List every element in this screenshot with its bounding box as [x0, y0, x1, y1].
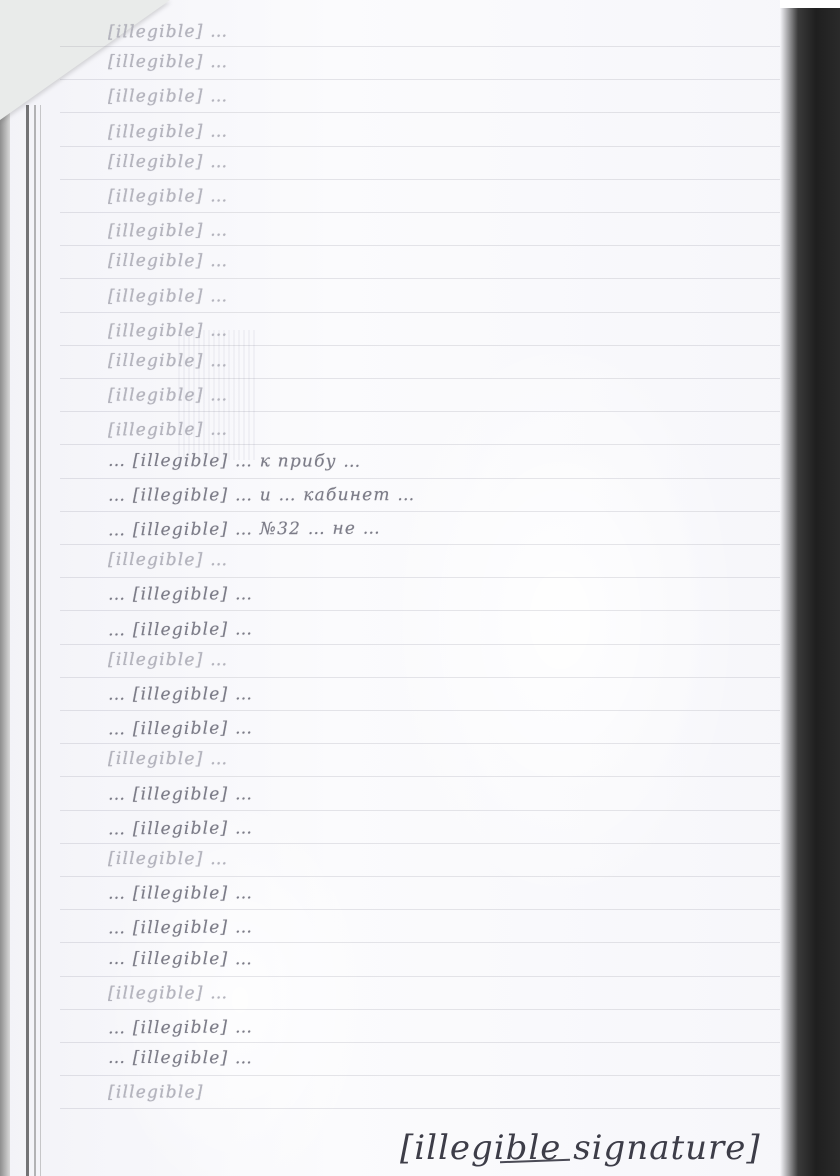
ruled-line [60, 478, 780, 479]
handwritten-line: [illegible] … [108, 416, 780, 441]
handwritten-line: [illegible] … [108, 351, 780, 373]
handwritten-line: [illegible] … [108, 316, 780, 341]
handwritten-line: … [illegible] … [108, 615, 780, 640]
ruled-line [60, 312, 780, 313]
ruled-line [60, 278, 780, 279]
ruled-line [60, 942, 780, 943]
ruled-line [60, 843, 780, 844]
scan-shadow-right-edge [780, 8, 840, 1176]
ruled-line [60, 79, 780, 80]
ruled-line [60, 876, 780, 877]
ruled-line [60, 544, 780, 545]
handwritten-line: … [illegible] … [108, 948, 780, 970]
ruled-line [60, 776, 780, 777]
handwritten-line: [illegible] … [108, 217, 780, 242]
handwritten-line: [illegible] … [108, 385, 780, 406]
handwritten-line: … [illegible] … [108, 1014, 780, 1039]
handwritten-line: … [illegible] … №32 … не … [108, 516, 780, 541]
handwritten-line: [illegible] … [108, 285, 780, 306]
handwritten-line: … [illegible] … [108, 584, 780, 605]
ruled-line [60, 1108, 780, 1109]
handwritten-line: [illegible] … [108, 152, 780, 174]
ruled-line [60, 345, 780, 346]
ruled-line [60, 976, 780, 977]
handwritten-line: … [illegible] … и … кабинет … [108, 484, 780, 505]
handwritten-line: … [illegible] … [108, 883, 780, 904]
ruled-line [60, 909, 780, 910]
handwritten-line: … [illegible] … [108, 1048, 780, 1070]
handwritten-line: [illegible] … [108, 52, 780, 74]
ruled-line [60, 610, 780, 611]
handwritten-line: [illegible] … [108, 849, 780, 871]
handwritten-line: [illegible] … [108, 185, 780, 206]
handwritten-line: [illegible] … [108, 982, 780, 1003]
handwritten-line: [illegible] … [108, 650, 780, 672]
ruled-line [60, 743, 780, 744]
handwritten-line: … [illegible] … [108, 783, 780, 804]
handwritten-line: [illegible] … [108, 251, 780, 273]
ruled-line [60, 112, 780, 113]
ruled-line [60, 577, 780, 578]
handwritten-line: [illegible] … [108, 550, 780, 572]
handwritten-line: … [illegible] … [108, 683, 780, 704]
ruled-line [60, 1075, 780, 1076]
handwritten-line: … [illegible] … к прибу … [108, 450, 780, 472]
margin-line [26, 105, 29, 1176]
ruled-line [60, 1009, 780, 1010]
ruled-line [60, 212, 780, 213]
handwritten-line: [illegible] … [108, 18, 780, 43]
handwritten-line: [illegible] … [108, 86, 780, 107]
signature: [illegible signature] [400, 1128, 761, 1168]
handwritten-line: [illegible] [108, 1082, 780, 1103]
ruled-line [60, 710, 780, 711]
ruled-line [60, 245, 780, 246]
ruled-line [60, 511, 780, 512]
scan-edge-top [780, 0, 840, 8]
ruled-line [60, 179, 780, 180]
margin-line [34, 105, 36, 1176]
ruled-line [60, 444, 780, 445]
ruled-line [60, 146, 780, 147]
ruled-line [60, 378, 780, 379]
margin-line [40, 105, 41, 1176]
ruled-line [60, 1042, 780, 1043]
ruled-line [60, 644, 780, 645]
ruled-line [60, 677, 780, 678]
binding-shadow [0, 110, 10, 1176]
ruled-line [60, 411, 780, 412]
handwritten-line: [illegible] … [108, 749, 780, 771]
handwritten-line: … [illegible] … [108, 914, 780, 939]
document-page: [illegible] …[illegible] …[illegible] …[… [0, 0, 840, 1176]
ruled-line [60, 810, 780, 811]
handwritten-line: … [illegible] … [108, 715, 780, 740]
handwritten-line: [illegible] … [108, 117, 780, 142]
ruled-line [60, 46, 780, 47]
handwritten-line: … [illegible] … [108, 814, 780, 839]
